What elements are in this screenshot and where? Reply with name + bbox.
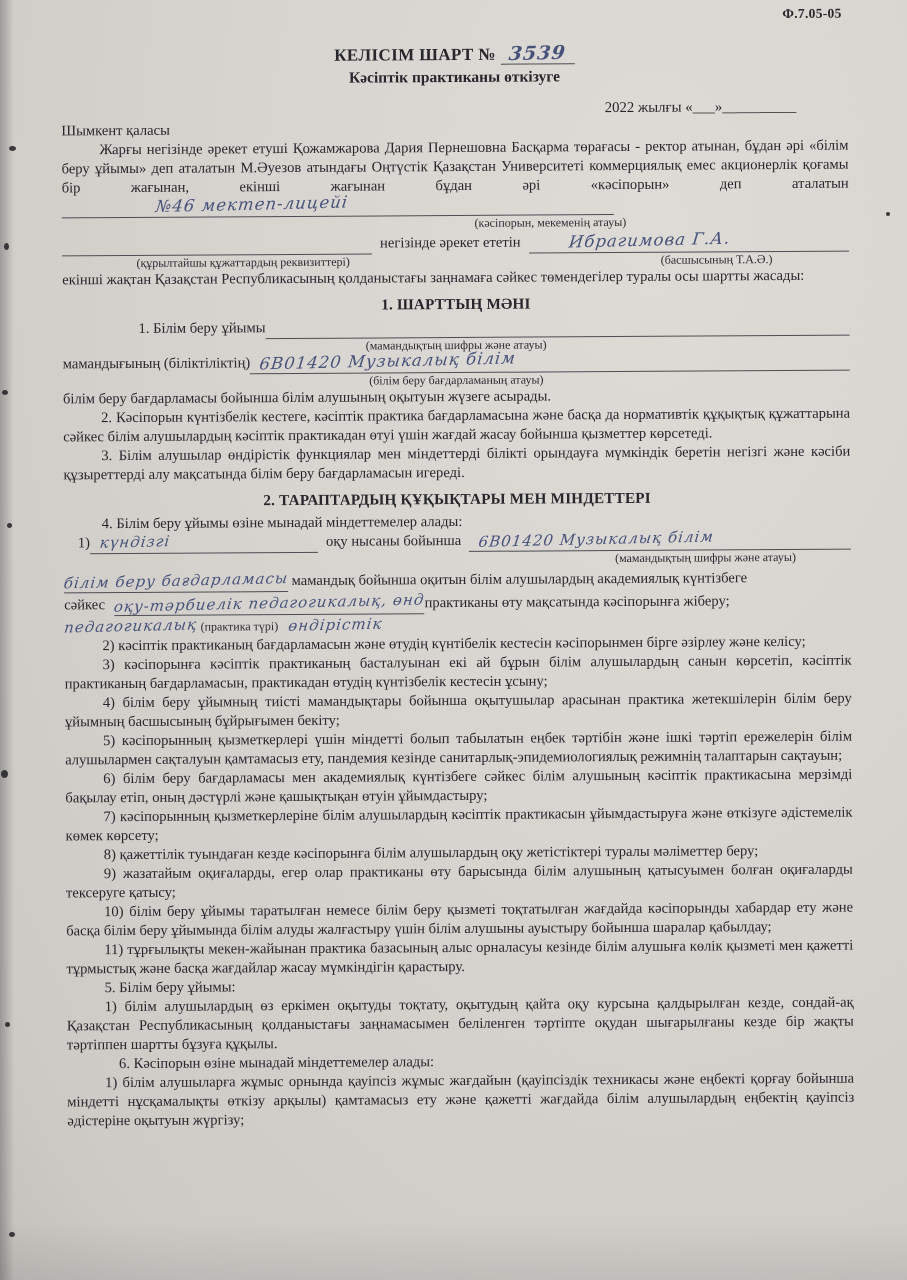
obligation-item: 11) тұрғылықты мекен-жайынан практика ба… — [66, 937, 853, 980]
item1-line2-text: мамандық бойынша оқитын білім алушыларды… — [292, 570, 748, 589]
preamble-paragraph: Жарғы негізінде әрекет етуші Қожамжарова… — [61, 137, 848, 219]
director-name-field: Ибрагимова Г.А. — [529, 232, 850, 254]
speciality2-field: 6В01420 Музыкалық білім — [469, 530, 851, 552]
speciality-name-handwritten: 6В01420 Музыкалық білім — [259, 350, 517, 373]
item1-mid-label: оқу нысаны бойынша — [318, 532, 469, 552]
speciality2-handwritten: 6В01420 Музыкалық білім — [478, 529, 715, 550]
contract-title-line: КЕЛІСІМ ШАРТ № 3539 — [61, 43, 848, 68]
study-form-handwritten: күндізгі — [99, 534, 171, 551]
speciality-name-field: 6В01420 Музыкалық білім — [250, 351, 850, 375]
obligation-item: 6) білім беру бағдарламасы мен академиял… — [65, 766, 852, 809]
item1-number: 1) — [64, 534, 90, 553]
obligation-item: 10) білім беру ұйымы таратылған немесе б… — [66, 899, 853, 942]
scan-artifact — [9, 1232, 15, 1237]
obligation-item: 4) білім беру ұйымның тиісті мамандықтар… — [65, 690, 852, 733]
speciality-code-field — [265, 316, 849, 340]
clause4-item1-line3: сәйкес оқу-тәрбиелік педагогикалық, өндп… — [64, 592, 851, 617]
contract-subtitle: Кәсіптік практиканы өткізуге — [61, 66, 848, 90]
obligation-item: 7) кәсіпорынның қызметкерлеріне білім ал… — [65, 804, 852, 847]
practice-type-handwritten: оқу-тәрбиелік педагогикалық, өнд — [113, 592, 425, 614]
scan-artifact — [7, 523, 12, 528]
preamble-paragraph-2: екінші жақтан Қазақстан Республикасының … — [62, 267, 849, 291]
section1-paragraph-2: 2. Кәсіпорын күнтізбелік кестеге, кәсіпт… — [63, 405, 850, 448]
practice-type-field: оқу-тәрбиелік педагогикалық, өнд — [115, 594, 425, 616]
director-name-handwritten: Ибрагимова Г.А. — [537, 231, 730, 252]
contract-title: КЕЛІСІМ ШАРТ № — [334, 45, 496, 65]
contract-number-handwritten: 3539 — [508, 44, 567, 64]
section1-paragraph-3: 3. Білім алушылар өндірістік функциялар … — [63, 443, 850, 486]
practice-type3-handwritten: өндірістік — [287, 617, 383, 634]
scan-artifact — [1, 770, 8, 778]
scan-artifact — [5, 1022, 10, 1027]
clause4-item1-line2: білім беру бағдарламасы мамандық бойынша… — [64, 569, 851, 594]
scan-artifact — [2, 390, 8, 395]
practice-type2-handwritten: педагогикалық — [63, 617, 198, 635]
scan-artifact — [4, 243, 9, 250]
edu-program-field: білім беру бағдарламасы — [64, 572, 288, 593]
subject-line1-label: 1. Білім беру ұйымы — [62, 319, 265, 339]
preamble-text: Жарғы негізінде әрекет етуші Қожамжарова… — [62, 138, 849, 197]
practice-type-caption: (практика түрі) — [201, 619, 279, 633]
section2-heading: 2. ТАРАПТАРДЫҢ ҚҰҚЫҚТАРЫ МЕН МІНДЕТТЕРІ — [64, 488, 851, 512]
subject-line2-label: мамандығының (біліктіліктің) — [63, 354, 251, 374]
founding-docs-field — [62, 235, 372, 257]
item1-line3-pre: сәйкес — [64, 597, 105, 613]
enterprise-name-handwritten: №46 мектеп-лицейі — [99, 194, 350, 216]
clause6-item1: 1) білім алушыларға жұмыс орнында қауіпс… — [67, 1070, 854, 1132]
study-form-field: күндізгі — [90, 533, 318, 554]
contract-number-field: 3539 — [500, 44, 574, 64]
obligation-item: 9) жазатайым оқиғаларды, егер олар практ… — [66, 861, 853, 904]
clause5-item1: 1) білім алушылардың өз еркімен оқытуды … — [67, 994, 854, 1056]
edu-program-handwritten: білім беру бағдарламасы — [63, 571, 289, 591]
item1-line3-post: практиканы өту мақсатында кәсіпорынға жі… — [425, 593, 730, 611]
section1-heading: 1. ШАРТТЫҢ МӘНІ — [62, 293, 849, 317]
obligation-item: 5) кәсіпорынның қызметкерлері үшін мінде… — [65, 728, 852, 771]
scan-artifact — [9, 146, 16, 151]
obligation-item: 3) кәсіпорынға кәсіптік практиканың баст… — [65, 652, 852, 695]
scanned-contract-page: Ф.7.05-05 КЕЛІСІМ ШАРТ № 3539 Кәсіптік п… — [0, 0, 907, 1280]
acting-label: негізінде әрекет ететін — [372, 234, 529, 254]
form-code: Ф.7.05-05 — [61, 4, 848, 28]
